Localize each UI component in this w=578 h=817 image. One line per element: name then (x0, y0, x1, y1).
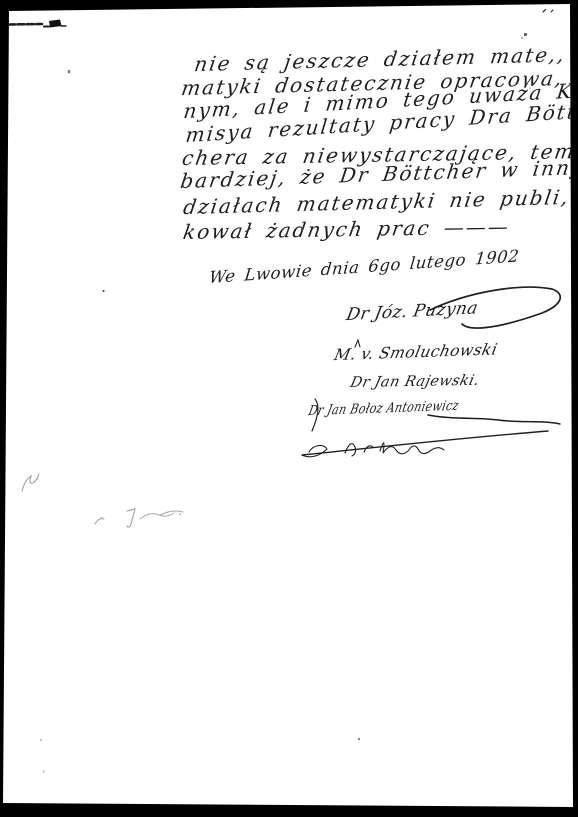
signature-1-puzyna: Dr Józ. Puzyna (345, 300, 480, 324)
signature-2-smoluchowski: M. v. Smoluchowski (333, 342, 499, 363)
signature-5 (302, 431, 548, 457)
dateline: We Lwowie dnia 6go lutego 1902 (208, 248, 520, 286)
pencil-annotation-2 (95, 509, 183, 527)
manuscript-line-7: działach matematyki nie publi, (182, 187, 571, 217)
manuscript-line-8: kował żadnych prac ——— (182, 216, 512, 242)
scanned-document: nie są jeszcze działem mate,, matyki dos… (0, 0, 578, 817)
signature-3-rajewski: Dr Jan Rajewski. (349, 374, 481, 391)
ink-smudge (8, 20, 66, 28)
manuscript-page: nie są jeszcze działem mate,, matyki dos… (0, 0, 578, 817)
signature-4-antoniewicz: Dr Jan Bołoz Antoniewicz (307, 400, 460, 419)
pencil-annotation-1 (22, 474, 39, 491)
